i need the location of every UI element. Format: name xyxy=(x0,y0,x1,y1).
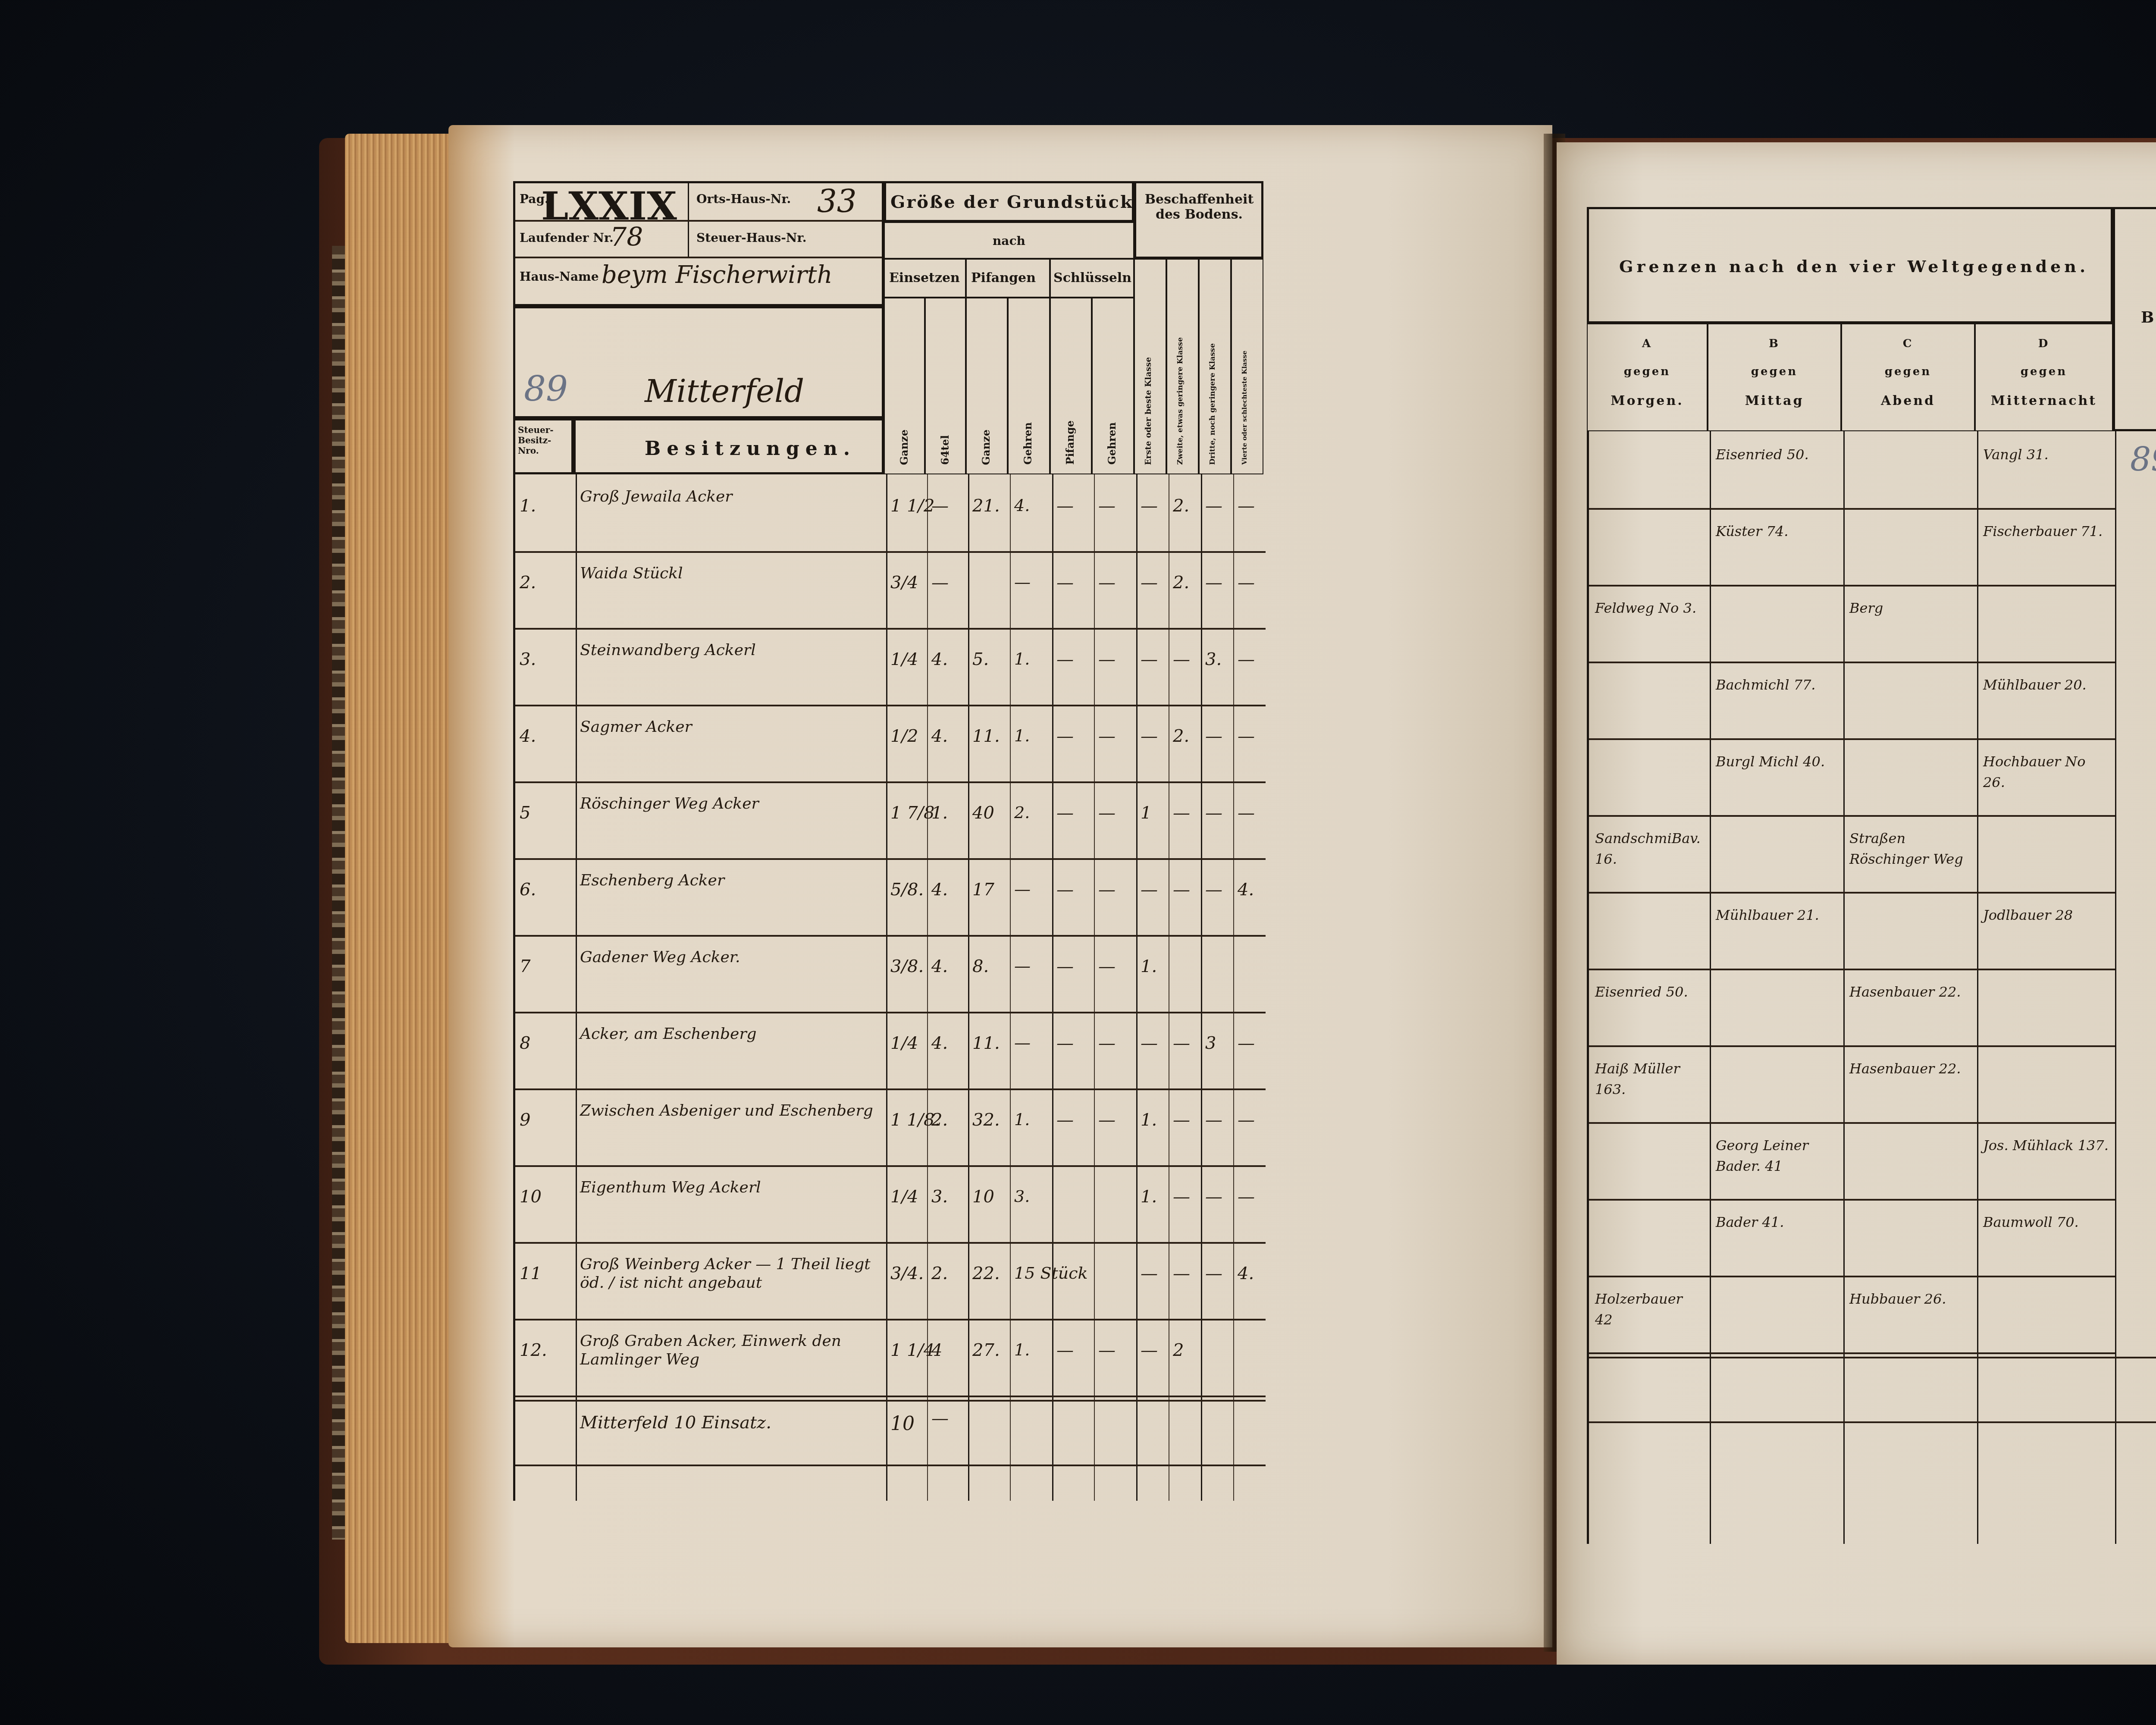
row-rule xyxy=(1589,585,2115,586)
row-rule xyxy=(1589,892,2115,894)
sub-pifange: Pifange xyxy=(1050,298,1092,474)
row-rule xyxy=(515,1012,1266,1013)
direction-gegen: gegen xyxy=(1708,365,1840,378)
direction-header-c: CgegenAbend xyxy=(1841,323,1975,431)
direction-gegen: gegen xyxy=(1976,365,2112,378)
row-number: 3. xyxy=(520,649,536,669)
parcel-name: Groß Graben Acker, Einwerk den Lamlinger… xyxy=(580,1332,882,1369)
pencil-note: 89a xyxy=(2130,440,2156,478)
boundary-c: Hasenbauer 22. xyxy=(1849,982,1971,1002)
left-page: Pag. LXXIX Orts-Haus-Nr. 33 Laufender Nr… xyxy=(448,125,1552,1647)
direction-header-d: DgegenMitternacht xyxy=(1975,323,2113,431)
boundary-a: Feldweg No 3. xyxy=(1595,598,1704,618)
cell-pif_ganze: 22. xyxy=(972,1264,1000,1283)
laufender-nr-label: Laufender Nr. xyxy=(520,231,614,245)
orts-haus-nr-label: Orts-Haus-Nr. xyxy=(696,192,791,206)
cell-k2: 2. xyxy=(1173,496,1189,516)
header-info-block: Pag. LXXIX Orts-Haus-Nr. 33 Laufender Nr… xyxy=(513,181,884,306)
pag-number: LXXIX xyxy=(541,183,677,229)
boundary-d: Mühlbauer 20. xyxy=(1983,674,2109,695)
cell-pif_gehren: — xyxy=(1014,957,1031,975)
cell-pif_ganze: 11. xyxy=(972,726,1000,746)
cell-ein_ganze: 3/4 xyxy=(890,573,918,593)
cell-k3: — xyxy=(1205,803,1222,823)
cell-schl_pif: — xyxy=(1056,649,1074,669)
cell-schl_pif: — xyxy=(1056,1340,1074,1360)
grenzen-header: Grenzen nach den vier Weltgegenden. xyxy=(1587,207,2113,323)
cell-pif_gehren: 1. xyxy=(1014,1340,1030,1359)
cell-schl_pif: — xyxy=(1056,1033,1074,1053)
cell-k2: — xyxy=(1173,880,1190,900)
cell-ein_ganze: 1 1/2 xyxy=(890,496,935,516)
cell-pif_ganze: 21. xyxy=(972,496,1000,516)
boundary-d: Baumwoll 70. xyxy=(1983,1212,2109,1233)
klasse-4-header: Vierte oder schlechteste Klasse xyxy=(1231,259,1263,474)
boundary-b: Küster 74. xyxy=(1716,521,1837,542)
row-rule xyxy=(515,781,1266,783)
double-rule xyxy=(1589,1421,2156,1423)
cell-schl_geh: — xyxy=(1098,1033,1116,1053)
direction-header-b: BgegenMittag xyxy=(1708,323,1841,431)
cell-ein_ganze: 1/4 xyxy=(890,649,918,669)
cell-k3: 3 xyxy=(1205,1033,1216,1053)
cell-k1: — xyxy=(1141,573,1158,593)
direction-letter: B xyxy=(1708,337,1840,350)
row-rule xyxy=(1589,815,2115,817)
cell-pif_gehren: 1. xyxy=(1014,649,1030,668)
boundary-d: Jodlbauer 28 xyxy=(1983,905,2109,925)
cell-pif_gehren: 15 Stück xyxy=(1014,1264,1088,1283)
cell-ein_64: 4 xyxy=(931,1340,942,1360)
right-page: Grenzen nach den vier Weltgegenden. Beme… xyxy=(1557,142,2156,1665)
boundary-b: Bader 41. xyxy=(1716,1212,1837,1233)
direction-gegen: gegen xyxy=(1842,365,1974,378)
cell-ein_64: — xyxy=(931,496,949,516)
boundary-d: Vangl 31. xyxy=(1983,444,2109,465)
cell-k1: — xyxy=(1141,1033,1158,1053)
cell-ein_ganze: 3/4. xyxy=(890,1264,924,1283)
column-rule xyxy=(1977,431,1978,1544)
cell-ein_64: 4. xyxy=(931,880,948,900)
cell-k4: — xyxy=(1238,1110,1255,1130)
cell-k1: — xyxy=(1141,1340,1158,1360)
boundary-c: Hubbauer 26. xyxy=(1849,1289,1971,1309)
cell-k3: — xyxy=(1205,1187,1222,1207)
cell-k4: — xyxy=(1238,1033,1255,1053)
cell-k4: — xyxy=(1238,649,1255,669)
cell-ein_ganze: 1/4 xyxy=(890,1033,918,1053)
groesse-header: Größe der Grundstücke xyxy=(884,181,1134,222)
parcel-name: Eschenberg Acker xyxy=(580,871,882,890)
cell-schl_pif: — xyxy=(1056,957,1074,976)
row-rule xyxy=(515,1242,1266,1244)
cell-k1: 1. xyxy=(1141,1110,1157,1130)
cell-schl_pif: — xyxy=(1056,880,1074,900)
row-number: 12. xyxy=(520,1340,547,1360)
cell-ein_64: 4. xyxy=(931,957,948,976)
cell-ein_ganze: 1/2 xyxy=(890,726,918,746)
cell-k4: — xyxy=(1238,496,1255,516)
row-rule xyxy=(515,1088,1266,1090)
cell-schl_pif: — xyxy=(1056,803,1074,823)
cell-ein_ganze: 1 7/8 xyxy=(890,803,935,823)
cell-k4: — xyxy=(1238,803,1255,823)
row-number: 11 xyxy=(520,1264,542,1283)
direction-headers: AgegenMorgen.BgegenMittagCgegenAbendDgeg… xyxy=(1587,323,2113,431)
row-number: 5 xyxy=(520,803,530,823)
cell-k2: 2. xyxy=(1173,573,1189,593)
parcel-name: Gadener Weg Acker. xyxy=(580,948,882,966)
column-rule xyxy=(1843,431,1845,1544)
boundary-b: Bachmichl 77. xyxy=(1716,674,1837,695)
row-rule xyxy=(515,935,1266,937)
boundary-b: Eisenried 50. xyxy=(1716,444,1837,465)
direction-name: Morgen. xyxy=(1588,393,1707,408)
row-rule xyxy=(1589,969,2115,970)
besitzungen-header: Besitzungen. xyxy=(573,418,884,474)
parcel-name: Groß Jewaila Acker xyxy=(580,487,882,506)
cell-k1: 1. xyxy=(1141,957,1157,976)
boundary-b: Georg Leiner Bader. 41 xyxy=(1716,1135,1837,1176)
cell-k3: — xyxy=(1205,1264,1222,1283)
cell-k2: 2. xyxy=(1173,726,1189,746)
sub-gehren-2: Gehren xyxy=(1092,298,1134,474)
cell-schl_pif: — xyxy=(1056,726,1074,746)
row-rule xyxy=(515,1319,1266,1320)
cell-ein_64: 3. xyxy=(931,1187,948,1207)
cell-k2: — xyxy=(1173,1264,1190,1283)
haus-name-value: beym Fischerwirth xyxy=(602,261,833,289)
row-rule xyxy=(1589,1276,2115,1277)
direction-name: Mitternacht xyxy=(1976,393,2112,408)
row-rule xyxy=(1589,1122,2115,1124)
sub-gehren: Gehren xyxy=(1008,298,1050,474)
row-rule xyxy=(1589,1352,2115,1354)
cell-k3: — xyxy=(1205,726,1222,746)
cell-pif_ganze: 17 xyxy=(972,880,994,900)
cell-ein_64: 4. xyxy=(931,1033,948,1053)
cell-pif_ganze: 11. xyxy=(972,1033,1000,1053)
cell-pif_ganze: 5. xyxy=(972,649,989,669)
row-rule xyxy=(515,1396,1266,1397)
boundary-c: Hasenbauer 22. xyxy=(1849,1058,1971,1079)
row-number: 1. xyxy=(520,496,536,516)
cell-k4: — xyxy=(1238,1187,1255,1207)
cell-schl_pif: — xyxy=(1056,1110,1074,1130)
cell-schl_geh: — xyxy=(1098,1110,1116,1130)
right-form: Grenzen nach den vier Weltgegenden. Beme… xyxy=(1587,207,2156,1544)
cell-k1: — xyxy=(1141,496,1158,516)
cell-k2: — xyxy=(1173,803,1190,823)
cell-k1: — xyxy=(1141,880,1158,900)
cell-pif_gehren: — xyxy=(1014,880,1031,899)
orts-haus-nr-value: 33 xyxy=(817,183,857,220)
row-number: 9 xyxy=(520,1110,530,1130)
summary-label: Mitterfeld 10 Einsatz. xyxy=(580,1413,771,1433)
cell-k1: — xyxy=(1141,726,1158,746)
cell-pif_ganze: 27. xyxy=(972,1340,1000,1360)
cell-k2: 2 xyxy=(1173,1340,1184,1360)
klasse-2-header: Zweite, etwas geringere Klasse xyxy=(1166,259,1199,474)
cell-pif_gehren: 2. xyxy=(1014,803,1030,822)
double-rule xyxy=(515,1400,1266,1402)
cell-schl_pif: — xyxy=(1056,496,1074,516)
cell-k4: 4. xyxy=(1238,1264,1254,1283)
cell-k2: — xyxy=(1173,1033,1190,1053)
cell-k4: — xyxy=(1238,726,1255,746)
summary-dash: — xyxy=(931,1408,949,1428)
cell-k1: 1 xyxy=(1141,803,1151,823)
sub-64tel: 64tel xyxy=(925,298,966,474)
row-number: 10 xyxy=(520,1187,542,1207)
cell-k3: — xyxy=(1205,573,1222,593)
pifangen-header: Pifangen xyxy=(966,259,1050,298)
parcel-name: Eigenthum Weg Ackerl xyxy=(580,1178,882,1197)
cell-ein_ganze: 1 1/4 xyxy=(890,1340,935,1360)
row-rule xyxy=(515,858,1266,860)
parcel-name: Röschinger Weg Acker xyxy=(580,794,882,813)
double-rule xyxy=(1589,1357,2156,1358)
parcel-name: Zwischen Asbeniger und Eschenberg xyxy=(580,1101,882,1120)
divider xyxy=(515,257,884,258)
page-edges-left xyxy=(345,134,457,1643)
left-form: Pag. LXXIX Orts-Haus-Nr. 33 Laufender Nr… xyxy=(513,181,1263,1501)
cell-ein_ganze: 1/4 xyxy=(890,1187,918,1207)
cell-k2: — xyxy=(1173,1187,1190,1207)
cell-pif_gehren: 1. xyxy=(1014,1110,1030,1129)
cell-k3: — xyxy=(1205,1110,1222,1130)
row-rule xyxy=(1589,508,2115,510)
cell-ein_64: — xyxy=(931,573,949,593)
cell-ein_ganze: 5/8. xyxy=(890,880,924,900)
groesse-nach: nach xyxy=(884,222,1134,259)
parcel-name: Groß Weinberg Acker — 1 Theil liegt öd. … xyxy=(580,1255,882,1292)
cell-schl_geh: — xyxy=(1098,1340,1116,1360)
bemerkungen-header: Bemerkungen. ⌣ xyxy=(2113,207,2156,431)
cell-k4: 4. xyxy=(1238,880,1254,900)
left-table-body: 1.Groß Jewaila Acker1 1/2—21.4.———2.——2.… xyxy=(513,474,1266,1501)
cell-pif_gehren: — xyxy=(1014,573,1031,592)
boundary-b: Mühlbauer 21. xyxy=(1716,905,1837,925)
boundary-b: Burgl Michl 40. xyxy=(1716,751,1837,772)
boundary-a: Holzerbauer 42 xyxy=(1595,1289,1704,1330)
boundary-d: Fischerbauer 71. xyxy=(1983,521,2109,542)
row-number: 6. xyxy=(520,880,536,900)
column-rule xyxy=(2115,431,2116,1544)
cell-pif_gehren: 3. xyxy=(1014,1187,1030,1206)
cell-schl_geh: — xyxy=(1098,573,1116,593)
direction-letter: A xyxy=(1588,337,1707,350)
open-ledger-book: Pag. LXXIX Orts-Haus-Nr. 33 Laufender Nr… xyxy=(319,125,2156,1665)
cell-schl_geh: — xyxy=(1098,726,1116,746)
direction-name: Mittag xyxy=(1708,393,1840,408)
direction-letter: D xyxy=(1976,337,2112,350)
row-rule xyxy=(1589,738,2115,740)
cell-schl_geh: — xyxy=(1098,880,1116,900)
location-pencil-number: 89 xyxy=(524,369,568,409)
boundary-a: Sandschmi­Bav. 16. xyxy=(1595,828,1704,869)
einsetzen-header: Einsetzen xyxy=(884,259,966,298)
row-number: 4. xyxy=(520,726,536,746)
haus-name-label: Haus-Name xyxy=(520,270,599,284)
cell-schl_geh: — xyxy=(1098,496,1116,516)
cell-k2: — xyxy=(1173,649,1190,669)
cell-schl_pif: — xyxy=(1056,573,1074,593)
boundary-a: Eisenried 50. xyxy=(1595,982,1704,1002)
cell-ein_64: 4. xyxy=(931,726,948,746)
cell-k3: 3. xyxy=(1205,649,1222,669)
row-rule xyxy=(515,705,1266,706)
direction-name: Abend xyxy=(1842,393,1974,408)
row-number: 7 xyxy=(520,957,530,976)
column-rule xyxy=(1710,431,1711,1544)
cell-k3: — xyxy=(1205,496,1222,516)
cell-pif_gehren: — xyxy=(1014,1033,1031,1052)
sub-ganze-2: Ganze xyxy=(966,298,1008,474)
row-rule xyxy=(1589,1045,2115,1047)
cell-k3: — xyxy=(1205,880,1222,900)
cell-schl_geh: — xyxy=(1098,957,1116,976)
location-block: 89 Mitterfeld xyxy=(513,306,884,418)
cell-k1: 1. xyxy=(1141,1187,1157,1207)
cell-k4: — xyxy=(1238,573,1255,593)
row-rule xyxy=(1589,1199,2115,1201)
row-rule xyxy=(515,1165,1266,1167)
cell-ein_64: 2. xyxy=(931,1110,948,1130)
cell-schl_geh: — xyxy=(1098,803,1116,823)
parcel-name: Acker, am Eschenberg xyxy=(580,1025,882,1043)
cell-schl_geh: — xyxy=(1098,649,1116,669)
cell-ein_64: 1. xyxy=(931,803,948,823)
beschaffenheit-header: Beschaffenheit des Bodens. xyxy=(1134,181,1263,259)
cell-pif_ganze: 32. xyxy=(972,1110,1000,1130)
cell-ein_64: 4. xyxy=(931,649,948,669)
direction-letter: C xyxy=(1842,337,1974,350)
parcel-name: Steinwandberg Ackerl xyxy=(580,641,882,659)
row-number: 2. xyxy=(520,573,536,593)
parcel-name: Waida Stückl xyxy=(580,564,882,583)
cell-pif_ganze: 8. xyxy=(972,957,989,976)
location-name: Mitterfeld xyxy=(645,373,804,409)
direction-gegen: gegen xyxy=(1588,365,1707,378)
cell-k1: — xyxy=(1141,649,1158,669)
cell-pif_ganze: 10 xyxy=(972,1187,994,1207)
cell-ein_ganze: 3/8. xyxy=(890,957,924,976)
laufender-nr-value: 78 xyxy=(610,222,643,252)
boundary-d: Jos. Mühlack 137. xyxy=(1983,1135,2109,1156)
steuer-haus-nr-label: Steuer-Haus-Nr. xyxy=(696,231,806,245)
parcel-name: Sagmer Acker xyxy=(580,718,882,736)
boundary-c: Berg xyxy=(1849,598,1971,618)
boundary-a: Haiß Müller 163. xyxy=(1595,1058,1704,1100)
cell-ein_64: 2. xyxy=(931,1264,948,1283)
row-rule xyxy=(515,551,1266,553)
cell-pif_gehren: 1. xyxy=(1014,726,1030,745)
sub-ganze: Ganze xyxy=(884,298,925,474)
cell-k1: — xyxy=(1141,1264,1158,1283)
summary-total: 10 xyxy=(890,1413,915,1435)
cell-k2: — xyxy=(1173,1110,1190,1130)
divider xyxy=(515,220,884,222)
boundary-d: Hochbauer No 26. xyxy=(1983,751,2109,793)
right-table-body: Eisenried 50.Vangl 31.Küster 74.Fischerb… xyxy=(1587,431,2156,1544)
cell-pif_gehren: 4. xyxy=(1014,496,1030,515)
row-number: 8 xyxy=(520,1033,530,1053)
klasse-1-header: Erste oder beste Klasse xyxy=(1134,259,1166,474)
klasse-3-header: Dritte, noch geringere Klasse xyxy=(1199,259,1231,474)
cell-pif_ganze: 40 xyxy=(972,803,994,823)
row-rule xyxy=(1589,662,2115,663)
steuer-besitz-nro-header: Steuer-Besitz-Nro. xyxy=(513,418,573,474)
boundary-c: Straßen Röschinger Weg xyxy=(1849,828,1971,869)
schluesseln-header: Schlüsseln xyxy=(1050,259,1134,298)
direction-header-a: AgegenMorgen. xyxy=(1587,323,1708,431)
row-rule xyxy=(515,1465,1266,1466)
row-rule xyxy=(515,628,1266,630)
